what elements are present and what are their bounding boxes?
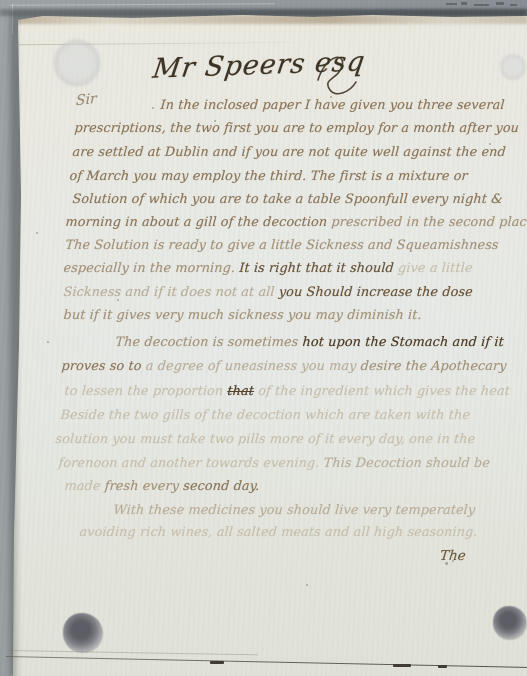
text-segment: avoiding rich wines, all salted meats an… — [79, 525, 478, 540]
manuscript-line: Sickness and if it does not at all you S… — [63, 287, 473, 300]
manuscript-line: avoiding rich wines, all salted meats an… — [79, 527, 478, 540]
text-segment: With these medicines you should live ver… — [113, 503, 476, 518]
text-segment: but if it gives very much sickness you m… — [63, 308, 422, 323]
manuscript-line: Solution of which you are to take a tabl… — [72, 194, 503, 207]
manuscript-line: but if it gives very much sickness you m… — [63, 310, 422, 323]
text-segment: desire the Apothecary — [360, 359, 507, 374]
manuscript-line: solution you must take two pills more of… — [55, 434, 476, 447]
text-segment: that — [227, 384, 255, 399]
text-segment: Sickness and if it does not at all — [63, 285, 279, 300]
catchword: The — [439, 548, 466, 564]
text-segment: solution you must take two pills more of… — [55, 432, 476, 447]
text-segment: In the inclosed paper I have given you t… — [160, 98, 505, 113]
manuscript-line: The Solution is ready to give a little S… — [65, 240, 499, 253]
text-segment: are settled at Dublin and if you are not… — [72, 145, 506, 160]
text-segment: The decoction is sometimes — [115, 335, 303, 350]
text-segment: It is right that it should — [239, 261, 399, 276]
letter-text-layer: Mr Speers esq Sir The In the inclosed pa… — [0, 0, 527, 676]
text-segment: of March you may employ the third. The f… — [69, 169, 468, 184]
salutation: Sir — [76, 91, 97, 109]
text-segment: hot upon the Stomach and if it — [302, 335, 504, 350]
text-segment: The Solution is ready to give a little S… — [65, 238, 499, 253]
text-segment: of the ingredient which gives the heat — [254, 384, 511, 399]
manuscript-line: With these medicines you should live ver… — [113, 505, 476, 518]
manuscript-line: The decoction is sometimes hot upon the … — [115, 337, 504, 350]
manuscript-line: In the inclosed paper I have given you t… — [160, 100, 505, 113]
text-segment: Solution of which you are to take a tabl… — [72, 192, 503, 207]
manuscript-line: to lessen the proportion that of the ing… — [64, 386, 510, 399]
text-segment: to lessen the proportion — [64, 384, 228, 399]
text-segment: proves so to — [61, 359, 146, 374]
text-segment: second day. — [183, 479, 260, 494]
text-segment: morning in about a gill of the decoction — [65, 215, 332, 230]
text-segment: you Should increase the dose — [278, 285, 473, 300]
text-segment: especially in the morning. — [63, 261, 240, 276]
manuscript-line: of March you may employ the third. The f… — [69, 171, 468, 184]
text-segment: This Decoction should be — [323, 456, 490, 471]
manuscript-line: forenoon and another towards evening. Th… — [58, 458, 490, 471]
manuscript-line: especially in the morning. It is right t… — [63, 263, 473, 276]
heading-flourish-icon — [316, 52, 358, 98]
manuscript-line: proves so to a degree of uneasiness you … — [61, 361, 507, 374]
text-segment: give a little — [398, 261, 474, 276]
manuscript-line: are settled at Dublin and if you are not… — [72, 147, 506, 160]
text-segment: prescriptions, the two first you are to … — [74, 121, 520, 136]
manuscript-line: Beside the two gills of the decoction wh… — [60, 410, 470, 423]
text-segment: Beside the two gills of the decoction wh… — [60, 408, 471, 423]
text-segment: forenoon and another towards evening. — [58, 456, 324, 471]
text-segment: prescribed in the second place — [331, 215, 527, 230]
text-segment: fresh every — [104, 479, 184, 494]
manuscript-line: morning in about a gill of the decoction… — [65, 217, 527, 230]
text-segment: a degree of uneasiness you may — [145, 359, 361, 374]
manuscript-line: prescriptions, the two first you are to … — [74, 123, 519, 136]
text-segment: made — [64, 479, 105, 494]
manuscript-line: made fresh every second day. — [64, 481, 260, 494]
manuscript-scan: Mr Speers esq Sir The In the inclosed pa… — [0, 0, 527, 676]
